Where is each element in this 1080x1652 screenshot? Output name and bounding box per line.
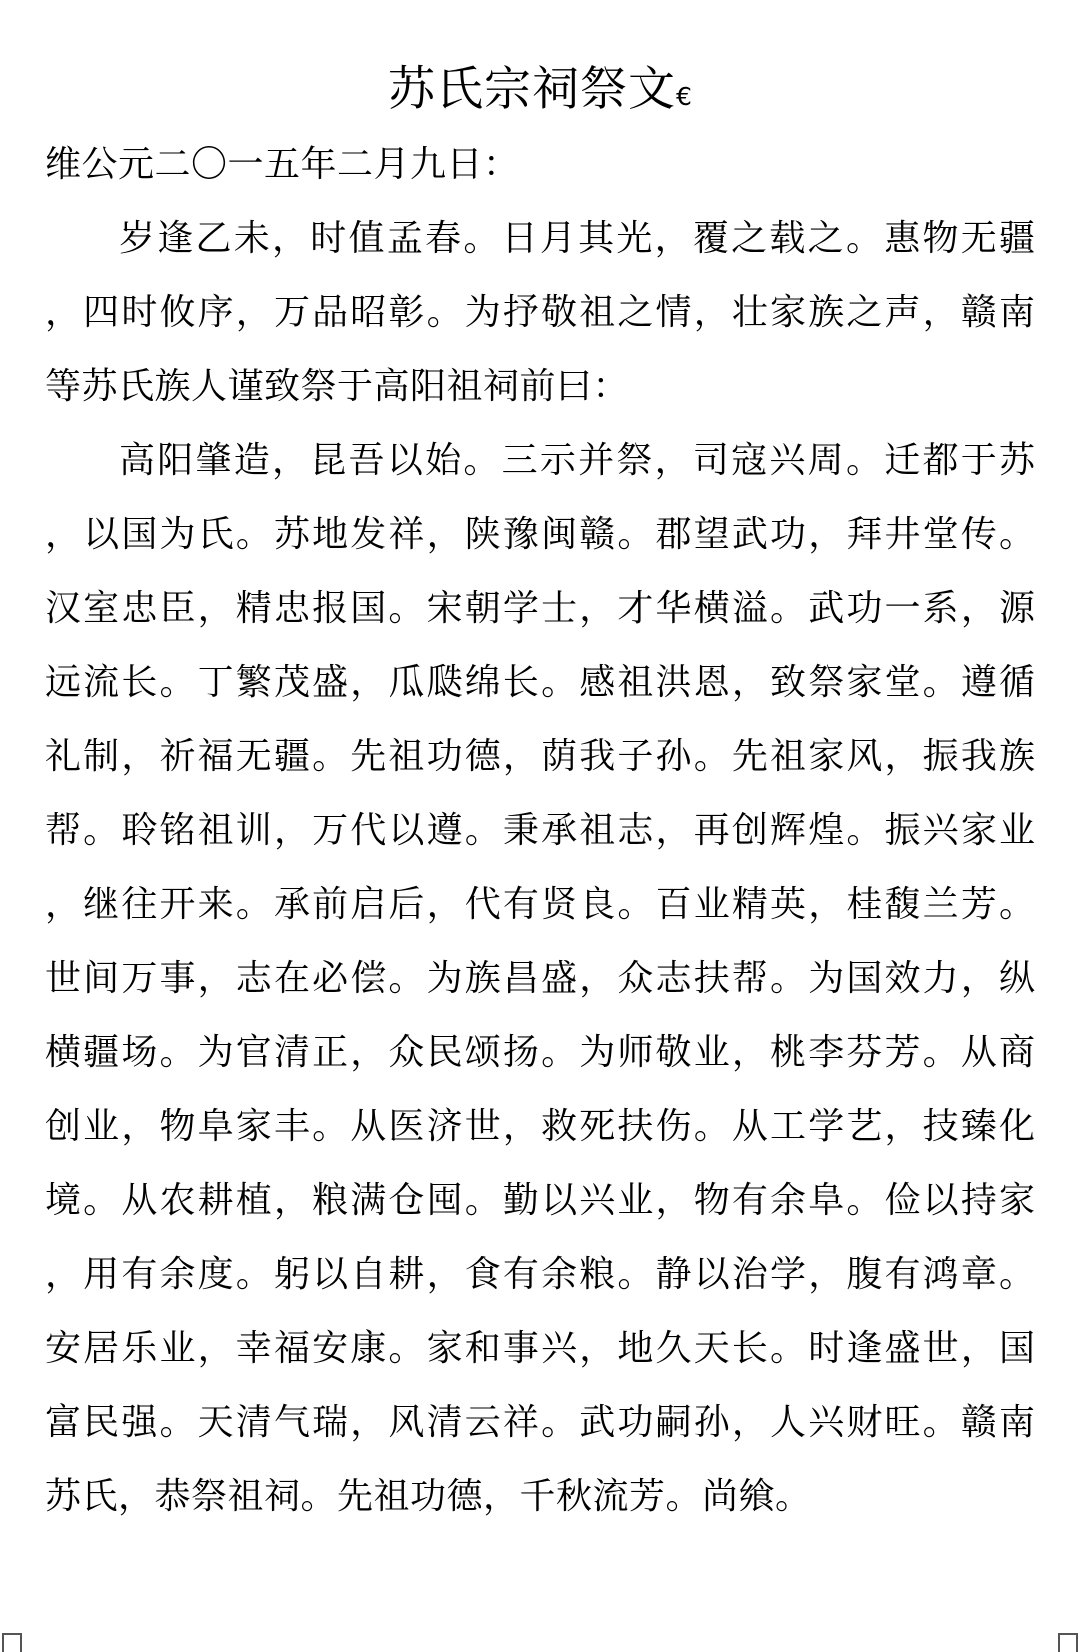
text-line: 安居乐业，幸福安康。家和事兴，地久天长。时逢盛世，国 bbox=[45, 1312, 1035, 1386]
text-line: ，以国为氏。苏地发祥，陕豫闽赣。郡望武功，拜井堂传。 bbox=[45, 498, 1035, 572]
text-line: 苏氏，恭祭祖祠。先祖功德，千秋流芳。尚飨。 bbox=[45, 1460, 1035, 1534]
text-line: 等苏氏族人谨致祭于高阳祖祠前曰： bbox=[45, 350, 1035, 424]
text-line: 远流长。丁繁茂盛，瓜瓞绵长。感祖洪恩，致祭家堂。遵循 bbox=[45, 646, 1035, 720]
text-line: 境。从农耕植，粮满仓囤。勤以兴业，物有余阜。俭以持家 bbox=[45, 1164, 1035, 1238]
paragraph-mark-icon: € bbox=[676, 82, 692, 111]
text-line: 汉室忠臣，精忠报国。宋朝学士，才华横溢。武功一系，源 bbox=[45, 572, 1035, 646]
text-line: 维公元二〇一五年二月九日： bbox=[45, 128, 1035, 202]
document-title-row: 苏氏宗祠祭文€ bbox=[45, 52, 1035, 128]
text-line: 横疆场。为官清正，众民颂扬。为师敬业，桃李芬芳。从商 bbox=[45, 1016, 1035, 1090]
document-body: 维公元二〇一五年二月九日：岁逢乙未，时值孟春。日月其光，覆之载之。惠物无疆，四时… bbox=[45, 128, 1035, 1534]
text-line: ，用有余度。躬以自耕，食有余粮。静以治学，腹有鸿章。 bbox=[45, 1238, 1035, 1312]
document-page: 苏氏宗祠祭文€ 维公元二〇一五年二月九日：岁逢乙未，时值孟春。日月其光，覆之载之… bbox=[0, 0, 1080, 1652]
text-line: 岁逢乙未，时值孟春。日月其光，覆之载之。惠物无疆 bbox=[45, 202, 1035, 276]
text-line: 创业，物阜家丰。从医济世，救死扶伤。从工学艺，技臻化 bbox=[45, 1090, 1035, 1164]
text-line: ，四时攸序，万品昭彰。为抒敬祖之情，壮家族之声，赣南 bbox=[45, 276, 1035, 350]
text-line: 帮。聆铭祖训，万代以遵。秉承祖志，再创辉煌。振兴家业 bbox=[45, 794, 1035, 868]
text-line: ，继往开来。承前启后，代有贤良。百业精英，桂馥兰芳。 bbox=[45, 868, 1035, 942]
text-line: 礼制，祈福无疆。先祖功德，荫我子孙。先祖家风，振我族 bbox=[45, 720, 1035, 794]
text-line: 富民强。天清气瑞，风清云祥。武功嗣孙，人兴财旺。赣南 bbox=[45, 1386, 1035, 1460]
document-title: 苏氏宗祠祭文 bbox=[388, 62, 676, 117]
text-line: 高阳肇造，昆吾以始。三示并祭，司寇兴周。迁都于苏 bbox=[45, 424, 1035, 498]
text-line: 世间万事，志在必偿。为族昌盛，众志扶帮。为国效力，纵 bbox=[45, 942, 1035, 1016]
crop-mark-bottom-left-icon bbox=[2, 1633, 22, 1652]
crop-mark-bottom-right-icon bbox=[1058, 1633, 1078, 1652]
